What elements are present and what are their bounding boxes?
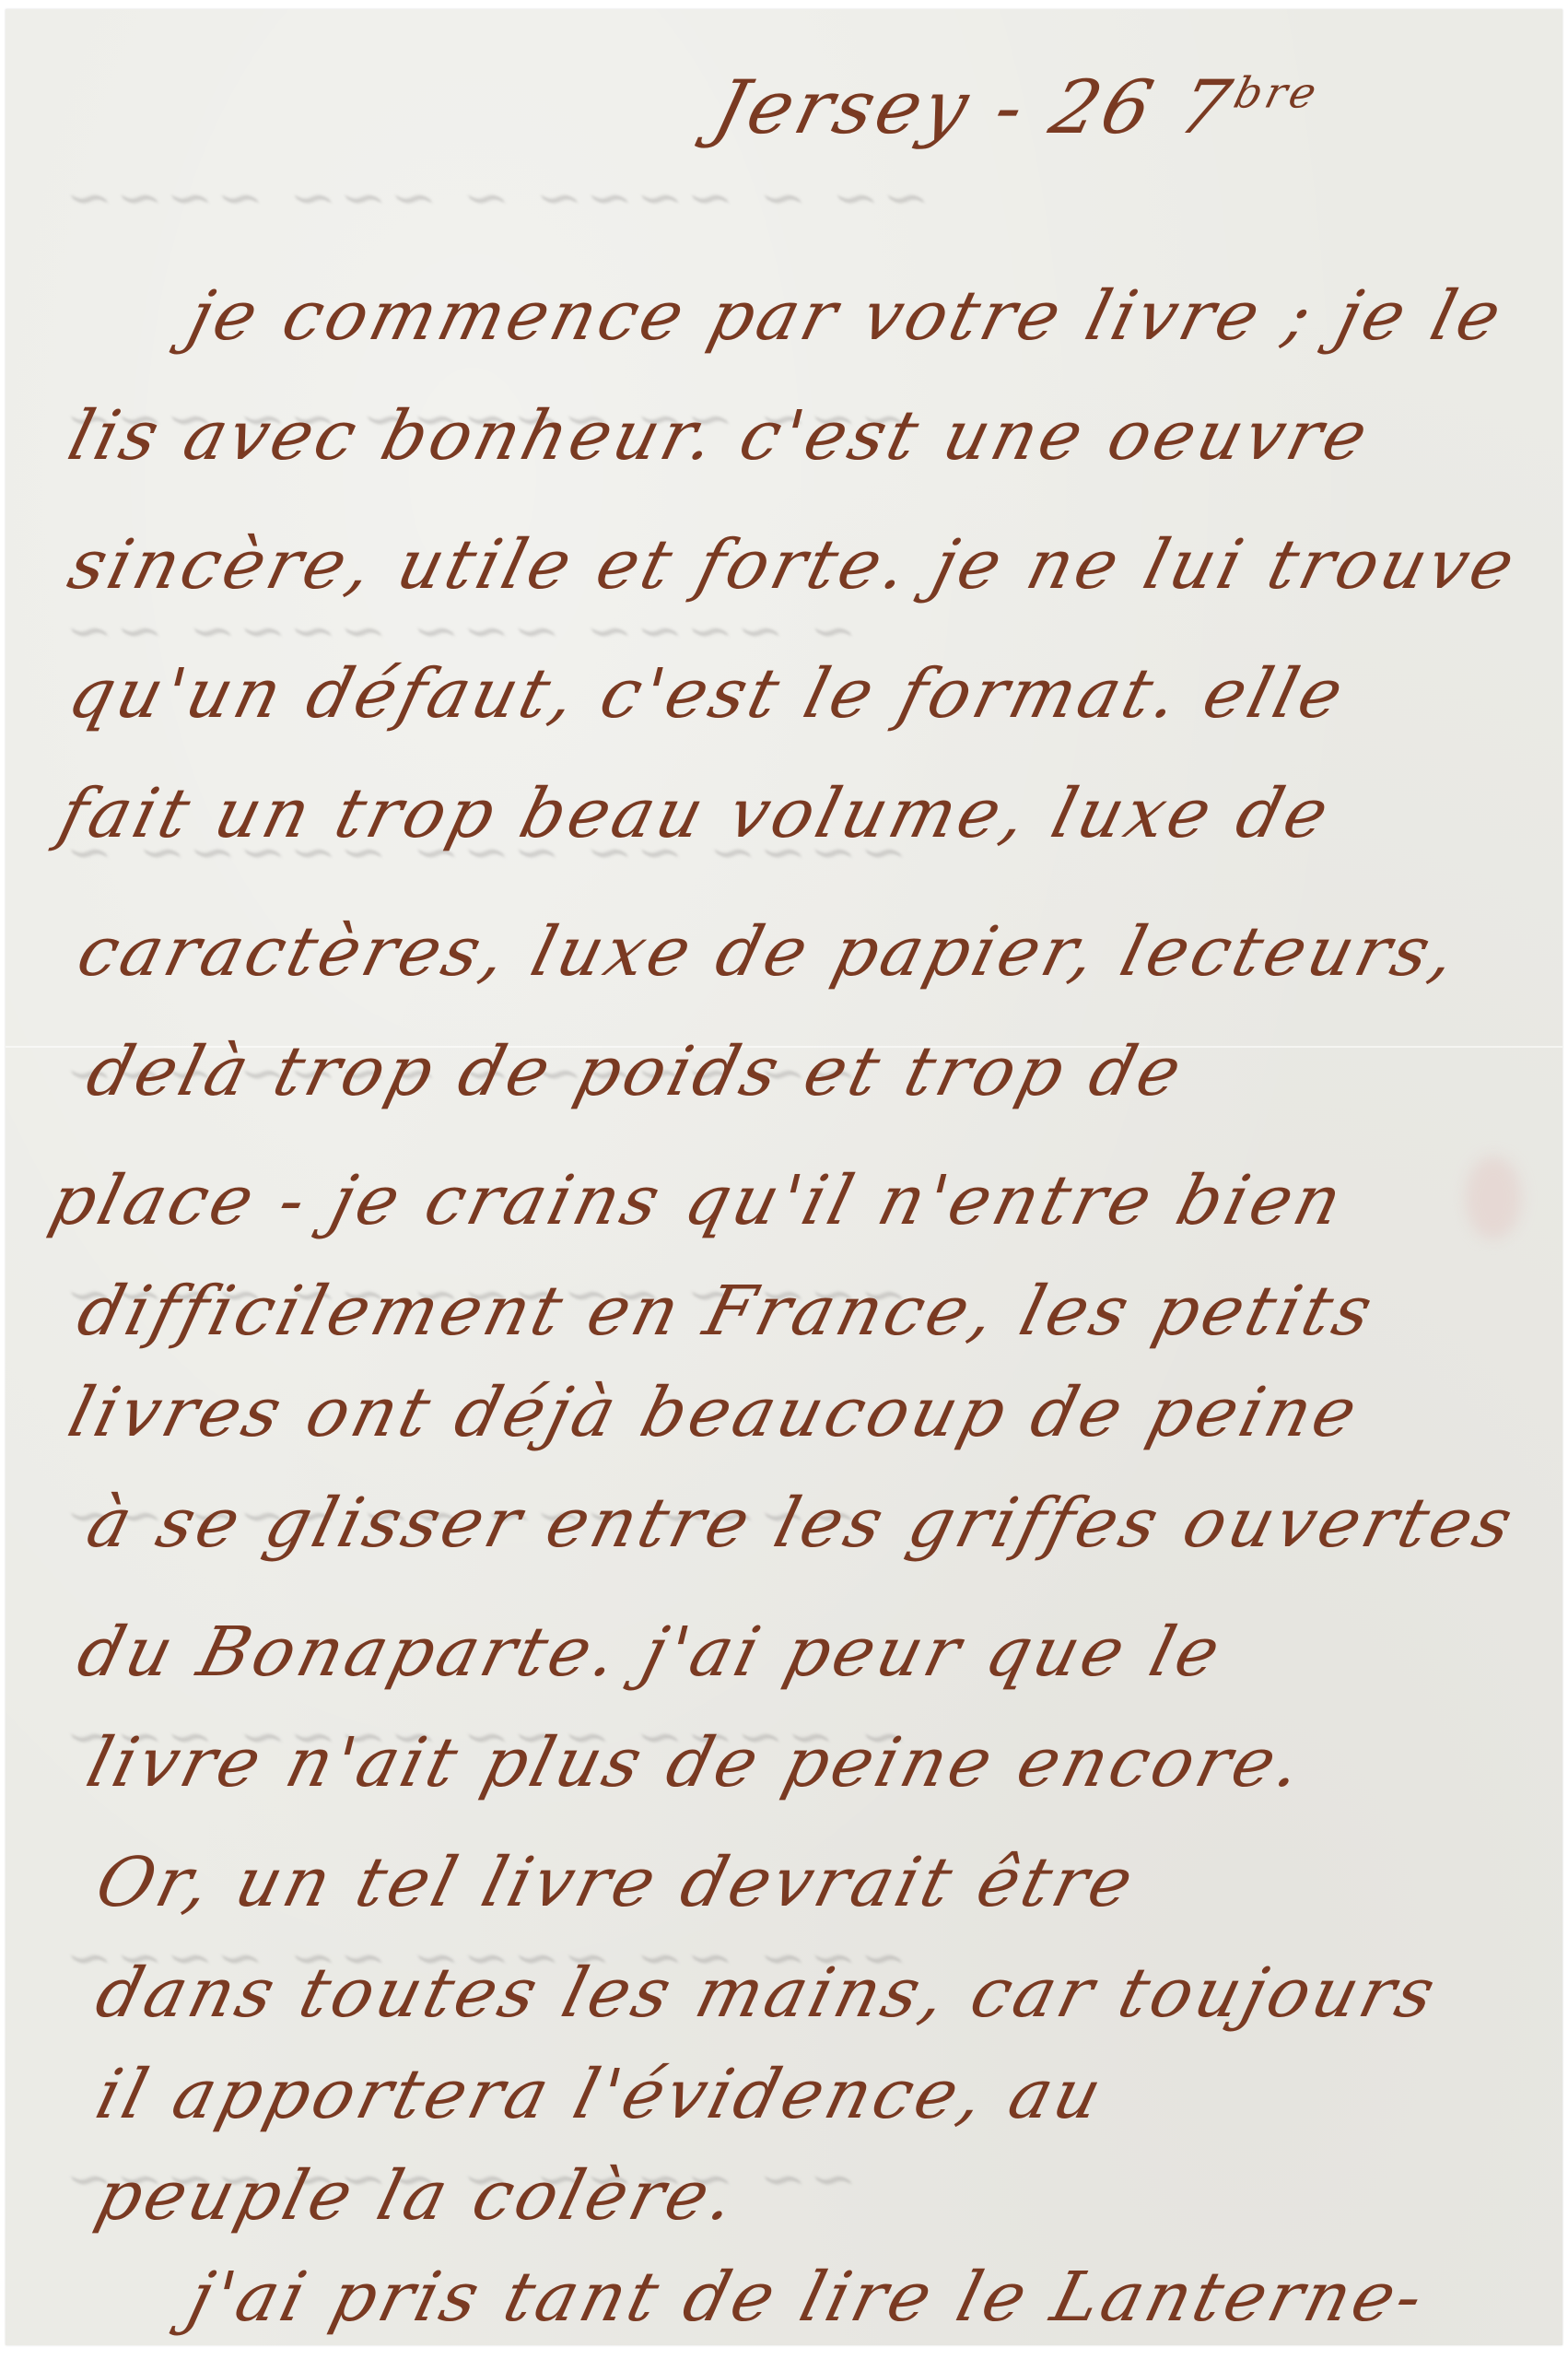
letter-line-17: peuple la colère. [88,2156,746,2236]
letter-line-11: à se glisser entre les griffes ouvertes [79,1484,1524,1563]
letter-line-13: livre n'ait plus de peine encore. [79,1723,1313,1802]
letter-line-6: caractères, luxe de papier, lecteurs, [70,912,1467,992]
letter-line-9: difficilement en France, les petits [70,1272,1383,1351]
letter-line-1: je commence par votre livre ; je le [181,276,1512,356]
letter-line-16: il apportera l'évidence, au [88,2055,1113,2134]
place-date: Jersey - 26 7 [706,65,1242,150]
letter-page: ~~ ~ ~~~~ ~ ~~~ ~~~~ ~~~ ~~ ~~~~~ ~~ ~~~… [6,9,1562,2345]
letter-line-8: place - je crains qu'il n'entre bien [42,1161,1353,1240]
month-superscript: bre [1229,67,1325,117]
letter-line-2: lis avec bonheur. c'est une oeuvre [61,396,1378,475]
letter-line-14: Or, un tel livre devrait être [88,1843,1144,1922]
letter-line-7: delà trop de poids et trop de [79,1032,1192,1111]
letter-line-18: j'ai pris tant de lire le Lanterne- [181,2258,1434,2337]
letter-line-4: qu'un défaut, c'est le format. elle [61,654,1354,734]
letter-line-10: livres ont déjà beaucoup de peine [61,1373,1368,1452]
letter-line-3: sincère, utile et forte. je ne lui trouv… [61,525,1526,604]
letter-header-date: Jersey - 26 7bre [706,65,1326,150]
letter-line-12: du Bonaparte. j'ai peur que le [70,1613,1231,1692]
letter-line-5: fait un trop beau volume, luxe de [52,774,1340,853]
letter-line-15: dans toutes les mains, car toujours [88,1954,1446,2033]
ink-stain [1466,1156,1521,1239]
